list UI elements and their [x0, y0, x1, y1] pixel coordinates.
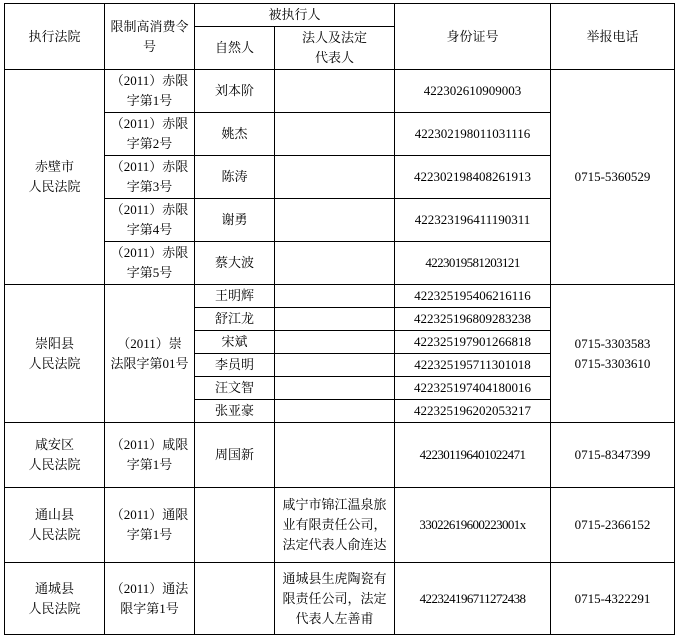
id-number-cell: 422301196401022471: [395, 423, 551, 488]
natural-person-cell: 蔡大波: [195, 242, 275, 285]
natural-person-cell: 王明辉: [195, 285, 275, 308]
id-number-cell: 422302198011031116: [395, 113, 551, 156]
order-no-cell: （2011）通限 字第1号: [105, 488, 195, 563]
legal-person-cell: [275, 113, 395, 156]
report-phone-cell: 0715-2366152: [551, 488, 675, 563]
natural-person-cell: 刘本阶: [195, 70, 275, 113]
natural-person-cell: 舒江龙: [195, 308, 275, 331]
legal-person-cell: [275, 377, 395, 400]
id-number-cell: 4223019581203121: [395, 242, 551, 285]
legal-person-cell: 咸宁市锦江温泉旅 业有限责任公司， 法定代表人俞连达: [275, 488, 395, 563]
header-id-number: 身份证号: [395, 4, 551, 70]
court-cell: 赤壁市 人民法院: [5, 70, 105, 285]
natural-person-cell: 张亚豪: [195, 400, 275, 423]
page: 执行法院 限制高消费令 号 被执行人 身份证号 举报电话 自然人 法人及法定 代…: [0, 0, 677, 634]
order-no-cell: （2011）赤限 字第1号: [105, 70, 195, 113]
header-report-phone: 举报电话: [551, 4, 675, 70]
legal-person-cell: [275, 354, 395, 377]
report-phone-cell: 0715-8347399: [551, 423, 675, 488]
legal-person-cell: [275, 400, 395, 423]
natural-person-cell: 谢勇: [195, 199, 275, 242]
id-number-cell: 422325195406216116: [395, 285, 551, 308]
id-number-cell: 422325195711301018: [395, 354, 551, 377]
order-no-cell: （2011）通法 限字第1号: [105, 563, 195, 635]
id-number-cell: 422323196411190311: [395, 199, 551, 242]
natural-person-cell: 周国新: [195, 423, 275, 488]
order-no-cell: （2011）崇 法限字第01号: [105, 285, 195, 423]
id-number-cell: 422302198408261913: [395, 156, 551, 199]
id-number-cell: 422325197404180016: [395, 377, 551, 400]
header-legal-person: 法人及法定 代表人: [275, 27, 395, 70]
legal-person-cell: [275, 199, 395, 242]
header-court: 执行法院: [5, 4, 105, 70]
natural-person-cell: [195, 563, 275, 635]
id-number-cell: 422325196809283238: [395, 308, 551, 331]
court-cell: 崇阳县 人民法院: [5, 285, 105, 423]
court-cell: 通山县 人民法院: [5, 488, 105, 563]
natural-person-cell: [195, 488, 275, 563]
natural-person-cell: 汪文智: [195, 377, 275, 400]
court-cell: 通城县 人民法院: [5, 563, 105, 635]
legal-person-cell: [275, 423, 395, 488]
legal-person-cell: [275, 285, 395, 308]
legal-person-cell: [275, 331, 395, 354]
natural-person-cell: 李员明: [195, 354, 275, 377]
legal-person-cell: 通城县生虎陶瓷有 限责任公司，法定 代表人左善甫: [275, 563, 395, 635]
id-number-cell: 422325197901266818: [395, 331, 551, 354]
order-no-cell: （2011）赤限 字第2号: [105, 113, 195, 156]
natural-person-cell: 姚杰: [195, 113, 275, 156]
order-no-cell: （2011）赤限 字第3号: [105, 156, 195, 199]
report-phone-cell: 0715-4322291: [551, 563, 675, 635]
id-number-cell: 422302610909003: [395, 70, 551, 113]
natural-person-cell: 陈涛: [195, 156, 275, 199]
report-phone-cell: 0715-3303583 0715-3303610: [551, 285, 675, 423]
id-number-cell: 422325196202053217: [395, 400, 551, 423]
header-natural-person: 自然人: [195, 27, 275, 70]
id-number-cell: 422324196711272438: [395, 563, 551, 635]
header-executee: 被执行人: [195, 4, 395, 27]
order-no-cell: （2011）咸限 字第1号: [105, 423, 195, 488]
header-order-no: 限制高消费令 号: [105, 4, 195, 70]
legal-person-cell: [275, 70, 395, 113]
legal-person-cell: [275, 156, 395, 199]
order-no-cell: （2011）赤限 字第5号: [105, 242, 195, 285]
natural-person-cell: 宋斌: [195, 331, 275, 354]
order-no-cell: （2011）赤限 字第4号: [105, 199, 195, 242]
restricted-consumption-table: 执行法院 限制高消费令 号 被执行人 身份证号 举报电话 自然人 法人及法定 代…: [4, 3, 675, 635]
court-cell: 咸安区 人民法院: [5, 423, 105, 488]
report-phone-cell: 0715-5360529: [551, 70, 675, 285]
legal-person-cell: [275, 242, 395, 285]
legal-person-cell: [275, 308, 395, 331]
id-number-cell: 33022619600223001x: [395, 488, 551, 563]
